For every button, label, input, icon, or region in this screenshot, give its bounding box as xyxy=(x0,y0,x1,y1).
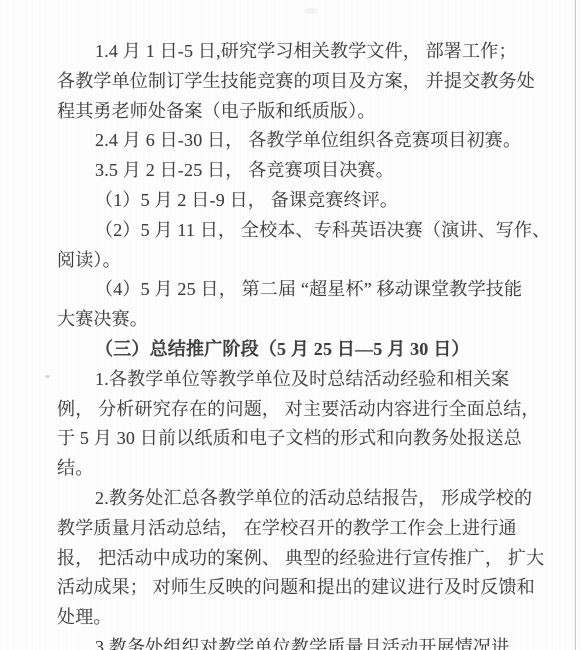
text-line: 1.各教学单位等教学单位及时总结活动经验和相关案 xyxy=(95,368,509,390)
text-line: 处理。 xyxy=(57,606,112,628)
text-line: （三）总结推广阶段（5 月 25 日—5 月 30 日） xyxy=(95,338,470,360)
scan-smudge-artifact xyxy=(304,8,318,14)
text-line: （1）5 月 2 日-9 日， 备课竞赛终评。 xyxy=(95,189,398,211)
text-line: （2）5 月 11 日， 全校本、专科英语决赛（演讲、写作、 xyxy=(95,219,550,241)
text-line: 1.4 月 1 日-5 日,研究学习相关教学文件， 部署工作； xyxy=(95,40,517,62)
text-line: 阅读）。 xyxy=(57,249,121,271)
text-line: 于 5 月 30 日前以纸质和电子文档的形式和向教务处报送总 xyxy=(57,427,522,449)
scan-speck-artifact xyxy=(45,375,50,378)
scanned-document-page: 1.4 月 1 日-5 日,研究学习相关教学文件， 部署工作；各教学单位制订学生… xyxy=(0,0,581,650)
document-text-layer: 1.4 月 1 日-5 日,研究学习相关教学文件， 部署工作；各教学单位制订学生… xyxy=(0,0,581,650)
text-line: 3.教务处组织对教学单位教学质量月活动开展情况进 xyxy=(95,636,509,650)
text-line: 例， 分析研究存在的问题， 对主要活动内容进行全面总结， xyxy=(57,398,540,420)
text-line: （4）5 月 25 日， 第二届 “超星杯” 移动课堂教学技能 xyxy=(95,278,522,300)
text-line: 教学质量月活动总结， 在学校召开的教学工作会上进行通 xyxy=(57,517,517,539)
scan-page-edge-line xyxy=(575,0,576,650)
text-line: 报， 把活动中成功的案例、 典型的经验进行宣传推广， 扩大 xyxy=(57,547,544,569)
text-line: 2.4 月 6 日-30 日， 各教学单位组织各竞赛项目初赛。 xyxy=(95,129,521,151)
text-line: 结。 xyxy=(57,457,93,479)
text-line: 2.教务处汇总各教学单位的活动总结报告， 形成学校的 xyxy=(95,487,532,509)
text-line: 活动成果； 对师生反映的问题和提出的建议进行及时反馈和 xyxy=(57,576,535,598)
text-line: 3.5 月 2 日-25 日， 各竞赛项目决赛。 xyxy=(95,159,394,181)
text-line: 大赛决赛。 xyxy=(57,308,148,330)
text-line: 程其勇老师处备案（电子版和纸质版）。 xyxy=(57,100,376,122)
text-line: 各教学单位制订学生技能竞赛的项目及方案， 并提交教务处 xyxy=(57,70,535,92)
